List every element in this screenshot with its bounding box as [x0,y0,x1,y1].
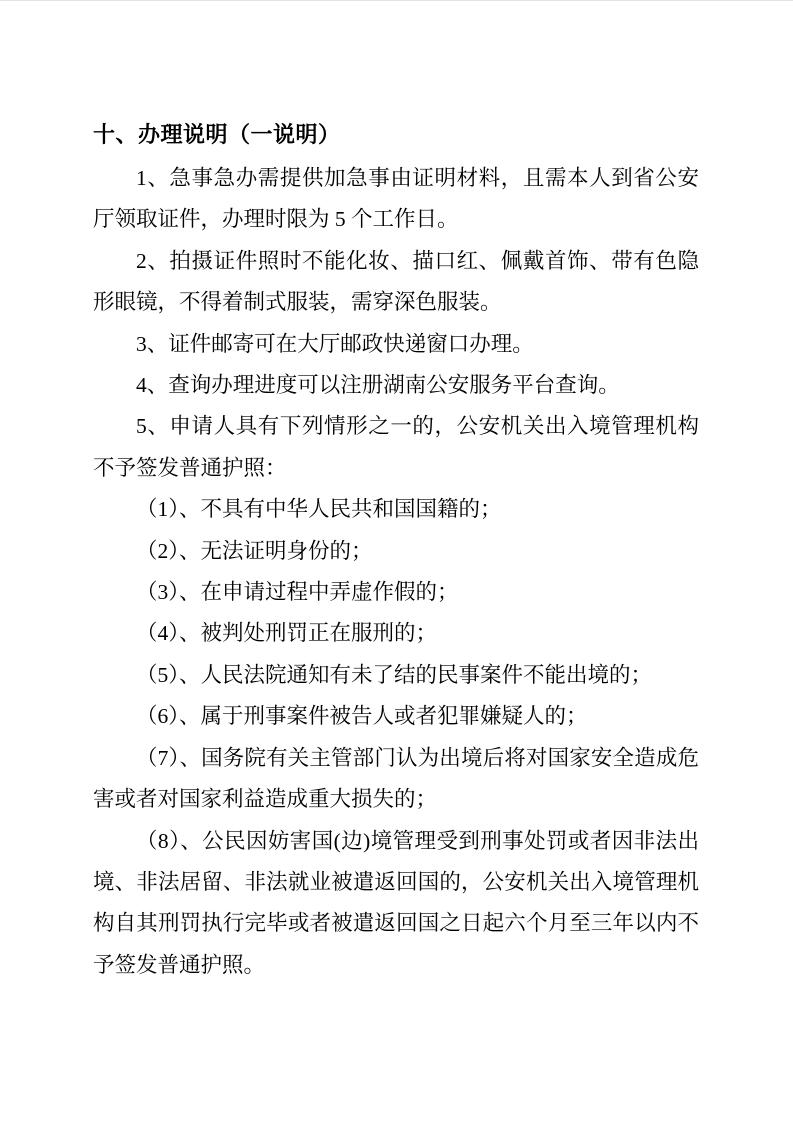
paragraph-subitem-8: （8）、公民因妨害国(边)境管理受到刑事处罚或者因非法出境、非法居留、非法就业被… [93,821,699,987]
paragraph-item-2: 2、拍摄证件照时不能化妆、描口红、佩戴首饰、带有色隐形眼镜，不得着制式服装，需穿… [93,241,699,324]
paragraph-item-4: 4、查询办理进度可以注册湖南公安服务平台查询。 [93,365,699,406]
paragraph-item-5: 5、申请人具有下列情形之一的，公安机关出入境管理机构不予签发普通护照： [93,406,699,489]
paragraph-subitem-4: （4）、被判处刑罚正在服刑的； [93,613,699,654]
document-page: 十、办理说明（一说明） 1、急事急办需提供加急事由证明材料，且需本人到省公安厅领… [0,0,793,1122]
paragraph-subitem-5: （5）、人民法院通知有未了结的民事案件不能出境的； [93,655,699,696]
paragraph-subitem-1: （1）、不具有中华人民共和国国籍的； [93,489,699,530]
paragraph-subitem-3: （3）、在申请过程中弄虚作假的； [93,572,699,613]
section-heading: 十、办理说明（一说明） [93,112,699,158]
paragraph-subitem-2: （2）、无法证明身份的； [93,531,699,572]
document-content: 十、办理说明（一说明） 1、急事急办需提供加急事由证明材料，且需本人到省公安厅领… [93,112,699,986]
paragraph-subitem-7: （7）、国务院有关主管部门认为出境后将对国家安全造成危害或者对国家利益造成重大损… [93,738,699,821]
paragraph-subitem-6: （6）、属于刑事案件被告人或者犯罪嫌疑人的； [93,696,699,737]
paragraph-item-1: 1、急事急办需提供加急事由证明材料，且需本人到省公安厅领取证件，办理时限为 5 … [93,158,699,241]
paragraph-item-3: 3、证件邮寄可在大厅邮政快递窗口办理。 [93,324,699,365]
page-top-edge-divider [0,0,793,1]
